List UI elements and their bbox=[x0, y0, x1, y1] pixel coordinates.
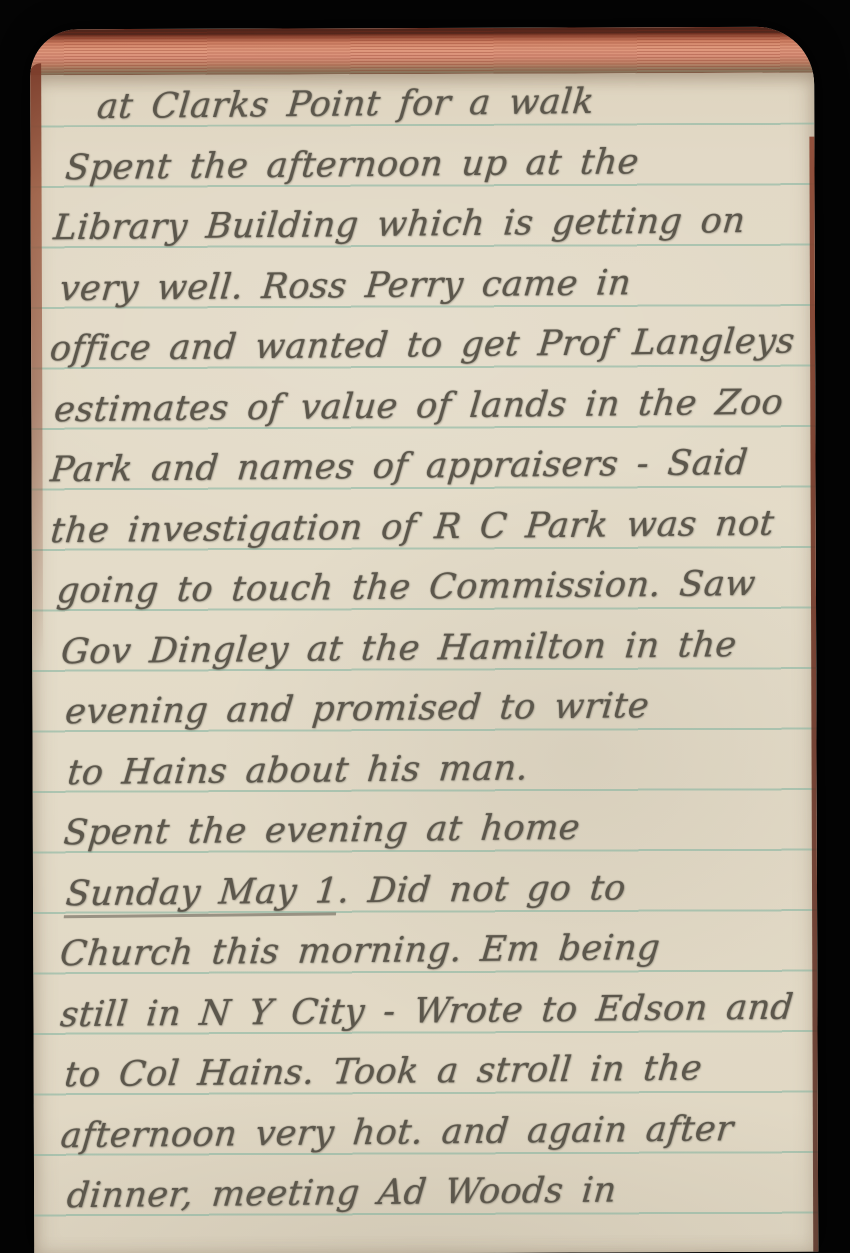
handwriting-line: estimates of value of lands in the Zoo bbox=[51, 370, 786, 440]
handwriting-line: to Col Hains. Took a stroll in the bbox=[62, 1037, 705, 1106]
handwriting-line: Sunday May 1. Did not go to bbox=[63, 856, 629, 924]
page-stack-top-edge bbox=[30, 27, 814, 76]
paper-surface: at Clarks Point for a walkSpent the afte… bbox=[30, 73, 818, 1253]
handwriting-line: dinner, meeting Ad Woods in bbox=[64, 1158, 619, 1226]
handwriting-line: evening and promised to write bbox=[62, 674, 652, 742]
handwriting-line: very well. Ross Perry came in bbox=[57, 251, 634, 319]
handwriting-line: Spent the afternoon up at the bbox=[63, 130, 642, 198]
handwriting-line: to Hains about his man. bbox=[65, 736, 531, 803]
handwriting-line: office and wanted to get Prof Langleys bbox=[47, 309, 798, 379]
handwriting-line: Spent the evening at home bbox=[61, 796, 583, 863]
handwriting-line: afternoon very hot. and again after bbox=[58, 1097, 736, 1166]
handwriting-line: the investigation of R C Park was not bbox=[48, 491, 777, 561]
handwriting-line: Library Building which is getting on bbox=[51, 189, 749, 258]
handwriting-line: at Clarks Point for a walk bbox=[94, 70, 597, 137]
notebook-page: at Clarks Point for a walkSpent the afte… bbox=[30, 27, 818, 1253]
handwriting-line: going to touch the Commission. Saw bbox=[54, 552, 759, 621]
handwriting-line: Gov Dingley at the Hamilton in the bbox=[58, 613, 739, 682]
photo-background: at Clarks Point for a walkSpent the afte… bbox=[0, 0, 850, 1253]
handwriting-layer: at Clarks Point for a walkSpent the afte… bbox=[30, 73, 818, 1253]
handwriting-line: Park and names of appraisers - Said bbox=[48, 431, 751, 500]
handwriting-line: Church this morning. Em being bbox=[57, 916, 663, 984]
page-stack-left-edge bbox=[30, 63, 43, 663]
handwriting-line: still in N Y City - Wrote to Edson and bbox=[58, 975, 797, 1045]
underlined-date: Sunday May 1 bbox=[64, 871, 340, 918]
